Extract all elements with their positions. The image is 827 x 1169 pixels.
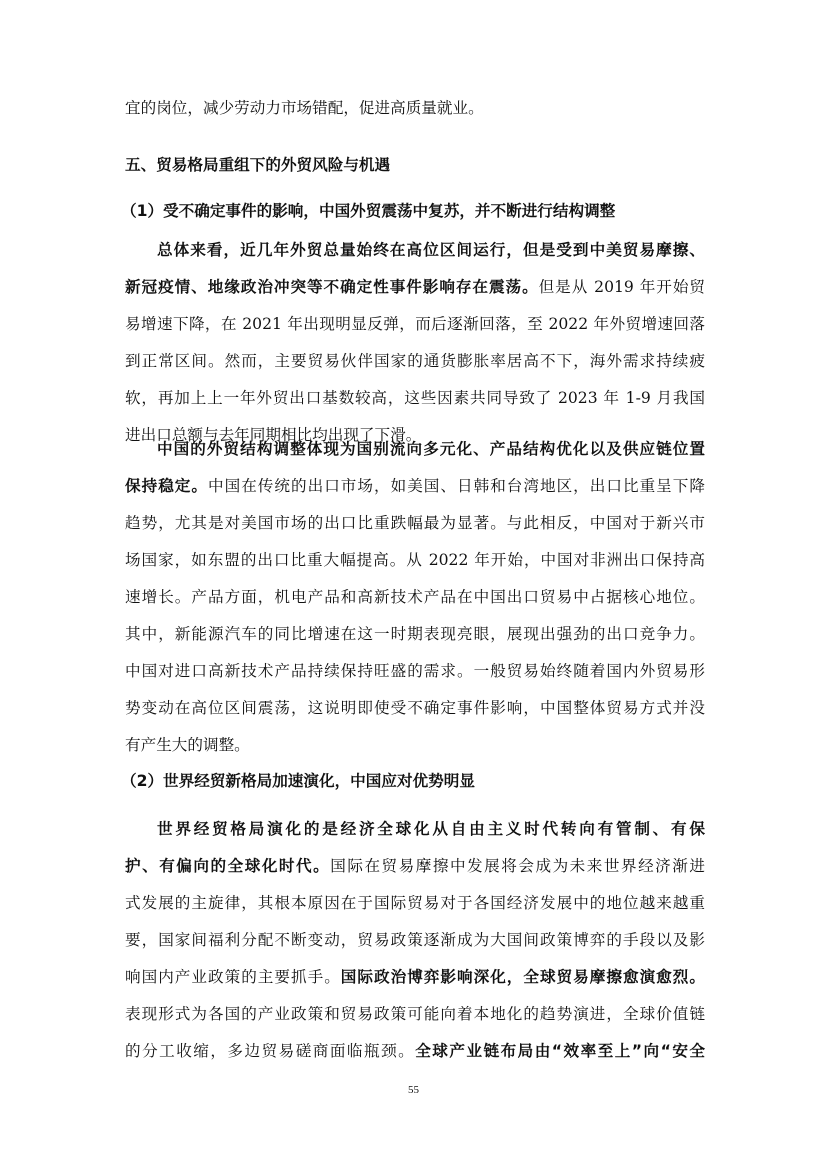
body-text: 宜的岗位，减少劳动力市场错配，促进高质量就业。 [125,99,484,117]
body-text: 势变动在高位区间震荡，这说明即使受不确定事件影响，中国整体贸易方式并没 [125,699,705,717]
bold-text: 保持稳定。 [125,477,208,495]
text-line: 到正常区间。然而，主要贸易伙伴国家的通货膨胀率居高不下，海外需求持续疲 [125,351,705,371]
text-line: 要，国家间福利分配不断变动，贸易政策逐渐成为大国间政策博弈的手段以及影 [125,930,705,950]
body-text: 国际在贸易摩擦中发展将会成为未来世界经济渐进 [330,857,705,875]
page-number: 55 [0,1084,827,1096]
text-line: 的分工收缩，多边贸易磋商面临瓶颈。全球产业链布局由“效率至上”向“安全 [125,1041,705,1061]
text-line: 表现形式为各国的产业政策和贸易政策可能向着本地化的趋势演进，全球价值链 [125,1004,705,1024]
section-heading: （1）受不确定事件的影响，中国外贸震荡中复苏，并不断进行结构调整 [121,201,705,221]
bold-text: 护、有偏向的全球化时代。 [125,857,330,875]
text-line: 总体来看，近几年外贸总量始终在高位区间运行，但是受到中美贸易摩擦、 [157,240,705,260]
body-text: 速增长。产品方面，机电产品和高新技术产品在中国出口贸易中占据核心地位。 [125,588,705,606]
body-text: 的分工收缩，多边贸易磋商面临瓶颈。 [125,1042,415,1060]
text-line: 趋势，尤其是对美国市场的出口比重跌幅最为显著。与此相反，中国对于新兴市 [125,513,705,533]
bold-text: 五、贸易格局重组下的外贸风险与机遇 [125,156,390,174]
body-text: 场国家，如东盟的出口比重大幅提高。从 2022 年开始，中国对非洲出口保持高 [125,551,705,569]
bold-text: 国际政治博弈影响深化，全球贸易摩擦愈演愈烈。 [341,968,705,986]
text-line: 易增速下降，在 2021 年出现明显反弹，而后逐渐回落，至 2022 年外贸增速… [125,314,705,334]
text-line: 新冠疫情、地缘政治冲突等不确定性事件影响存在震荡。但是从 2019 年开始贸 [125,277,705,297]
text-line: 响国内产业政策的主要抓手。国际政治博弈影响深化，全球贸易摩擦愈演愈烈。 [125,967,705,987]
text-line: 世界经贸格局演化的是经济全球化从自由主义时代转向有管制、有保 [157,819,705,839]
body-text: 趋势，尤其是对美国市场的出口比重跌幅最为显著。与此相反，中国对于新兴市 [125,514,705,532]
text-line: 场国家，如东盟的出口比重大幅提高。从 2022 年开始，中国对非洲出口保持高 [125,550,705,570]
body-text: 中国对进口高新技术产品持续保持旺盛的需求。一般贸易始终随着国内外贸易形 [125,662,705,680]
body-text: 式发展的主旋律，其根本原因在于国际贸易对于各国经济发展中的地位越来越重 [125,894,705,912]
bold-text: 新冠疫情、地缘政治冲突等不确定性事件影响存在震荡。 [125,278,539,296]
text-line: 速增长。产品方面，机电产品和高新技术产品在中国出口贸易中占据核心地位。 [125,587,705,607]
bold-text: 总体来看，近几年外贸总量始终在高位区间运行，但是受到中美贸易摩擦、 [157,241,705,259]
bold-text: （2）世界经贸新格局加速演化，中国应对优势明显 [121,772,475,790]
text-line: 其中，新能源汽车的同比增速在这一时期表现亮眼，展现出强劲的出口竞争力。 [125,624,705,644]
section-heading: （2）世界经贸新格局加速演化，中国应对优势明显 [121,771,705,791]
body-text: 要，国家间福利分配不断变动，贸易政策逐渐成为大国间政策博弈的手段以及影 [125,931,705,949]
body-text: 其中，新能源汽车的同比增速在这一时期表现亮眼，展现出强劲的出口竞争力。 [125,625,705,643]
bold-text: 中国的外贸结构调整体现为国别流向多元化、产品结构优化以及供应链位置 [157,440,705,458]
text-line: 中国的外贸结构调整体现为国别流向多元化、产品结构优化以及供应链位置 [157,439,705,459]
bold-text: 世界经贸格局演化的是经济全球化从自由主义时代转向有管制、有保 [157,820,705,838]
body-text: 易增速下降，在 2021 年出现明显反弹，而后逐渐回落，至 2022 年外贸增速… [125,315,705,333]
body-text: 但是从 2019 年开始贸 [539,278,705,296]
body-text: 有产生大的调整。 [125,736,250,754]
text-line: 宜的岗位，减少劳动力市场错配，促进高质量就业。 [125,98,705,118]
text-line: 护、有偏向的全球化时代。国际在贸易摩擦中发展将会成为未来世界经济渐进 [125,856,705,876]
text-line: 有产生大的调整。 [125,735,705,755]
section-heading: 五、贸易格局重组下的外贸风险与机遇 [125,155,705,175]
text-line: 式发展的主旋律，其根本原因在于国际贸易对于各国经济发展中的地位越来越重 [125,893,705,913]
text-line: 软，再加上上一年外贸出口基数较高，这些因素共同导致了 2023 年 1-9 月我… [125,388,705,408]
body-text: 到正常区间。然而，主要贸易伙伴国家的通货膨胀率居高不下，海外需求持续疲 [125,352,705,370]
bold-text: （1）受不确定事件的影响，中国外贸震荡中复苏，并不断进行结构调整 [121,202,615,220]
body-text: 中国在传统的出口市场，如美国、日韩和台湾地区，出口比重呈下降 [208,477,705,495]
bold-text: 全球产业链布局由“效率至上”向“安全 [415,1042,705,1060]
body-text: 表现形式为各国的产业政策和贸易政策可能向着本地化的趋势演进，全球价值链 [125,1005,705,1023]
body-text: 响国内产业政策的主要抓手。 [125,968,341,986]
body-text: 软，再加上上一年外贸出口基数较高，这些因素共同导致了 2023 年 1-9 月我… [125,389,705,407]
text-line: 势变动在高位区间震荡，这说明即使受不确定事件影响，中国整体贸易方式并没 [125,698,705,718]
text-line: 保持稳定。中国在传统的出口市场，如美国、日韩和台湾地区，出口比重呈下降 [125,476,705,496]
text-line: 中国对进口高新技术产品持续保持旺盛的需求。一般贸易始终随着国内外贸易形 [125,661,705,681]
